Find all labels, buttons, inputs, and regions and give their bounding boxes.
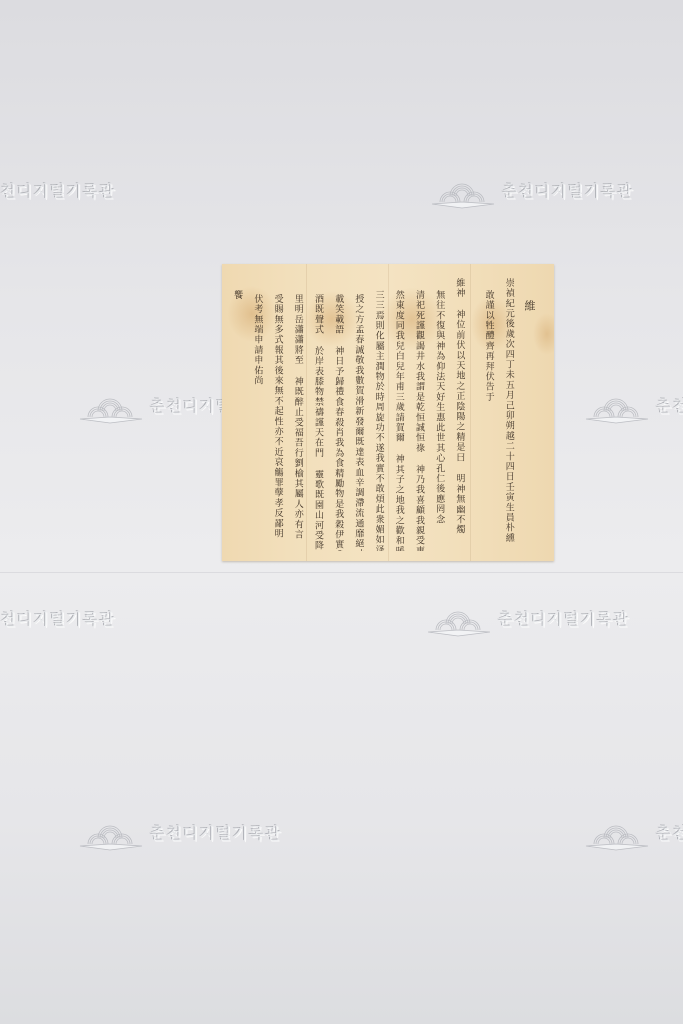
- historical-document-sheet: 維 崇禎紀元後歲次四丁未五月己卯朔越二十四日壬寅生員朴纁 敢謹以牲醴齊再拜伏告于…: [222, 264, 554, 561]
- archive-watermark: 춘천디지털기록관: [428, 170, 634, 210]
- archive-arches-book-logo-icon: [582, 812, 652, 852]
- table-seam-line: [0, 572, 683, 573]
- text-column-14: 伏考無端申請申佑尚: [248, 278, 268, 551]
- archive-watermark: 춘천디지털기록관: [582, 812, 683, 852]
- text-column-15: 饗: [228, 278, 248, 551]
- text-column-3: 敢謹以牲醴齊再拜伏告于: [479, 278, 499, 551]
- text-column-11: 酒既聲式 於岸表膝物禁禱謹天在門 靈歌既園山河受降日: [309, 278, 329, 551]
- archive-watermark: 춘천디지털기록관: [0, 598, 116, 638]
- watermark-text: 춘천디지털기록관: [656, 821, 683, 844]
- archive-watermark: 춘천디지털기록관: [76, 812, 282, 852]
- watermark-text: 춘천디지털기록관: [150, 821, 282, 844]
- archive-arches-book-logo-icon: [424, 598, 494, 638]
- text-column-9: 授之方孟春誠敬我數賀滑新發爾既達表血辛調滯流通靡絕寸有時: [349, 278, 369, 551]
- watermark-text: 춘천디지털기록관: [656, 394, 683, 417]
- archive-watermark: 춘천디지털기록관: [424, 598, 630, 638]
- watermark-text: 춘천디지털기록관: [502, 179, 634, 202]
- watermark-text: 춘천디지털기록관: [0, 179, 116, 202]
- archive-arches-book-logo-icon: [582, 385, 652, 425]
- text-columns: 維 崇禎紀元後歲次四丁未五月己卯朔越二十四日壬寅生員朴纁 敢謹以牲醴齊再拜伏告于…: [228, 278, 540, 551]
- text-column-4: 維神 神位前伏以天地之正陰陽之精是曰 明神無幽不燭: [450, 278, 470, 551]
- archive-watermark: 춘천디지털기록관: [0, 170, 116, 210]
- archive-arches-book-logo-icon: [76, 385, 146, 425]
- text-column-7: 然東度同我兒白兒年甫三歲請賀爾 神其子之地我之歡和暖旣靄: [390, 278, 410, 551]
- text-column-10: 載笑載語 神日予歸禮食春殺肖我為食精勵物是我穀伊實我: [329, 278, 349, 551]
- watermark-text: 춘천디지털기록관: [498, 607, 630, 630]
- text-column-12: 里明岳瀟瀟將至 神既醉止受福吾行劉榆其屬人亦有言: [289, 278, 309, 551]
- text-column-1: 維: [520, 278, 540, 551]
- column-spacer: [470, 278, 479, 551]
- watermark-text: 춘천디지털기록관: [0, 607, 116, 630]
- text-column-8: 三三焉則化屬主潤物於時周旋功不遂我實不敢煩此衆媚如泽納行: [369, 278, 389, 551]
- archive-arches-book-logo-icon: [76, 812, 146, 852]
- archive-watermark: 춘천디지털기록관: [582, 385, 683, 425]
- text-column-13: 受賜無多式報其後來無不起性亦不近哀觴罪孽孝反鄙明: [268, 278, 288, 551]
- archive-arches-book-logo-icon: [428, 170, 498, 210]
- text-column-2: 崇禎紀元後歲次四丁未五月己卯朔越二十四日壬寅生員朴纁: [500, 278, 520, 551]
- text-column-5: 無往不復與神為仰法天好生惠此世其心孔仁後應罔念: [430, 278, 450, 551]
- text-column-6: 清祀死謹觀謁井水我謂是乾恒誠恒祿 神乃我喜顧我親受惠: [410, 278, 430, 551]
